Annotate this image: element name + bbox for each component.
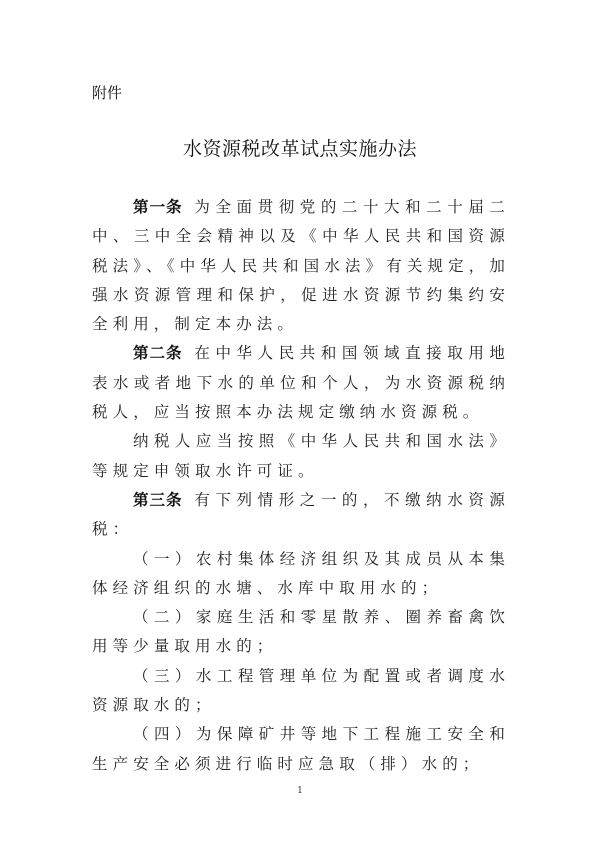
article-3-paragraph: 第三条有下列情形之一的，不缴纳水资源税： (92, 486, 510, 545)
paragraph-text: （四）为保障矿井等地下工程施工安全和生产安全必须进行临时应急取（排）水的； (92, 725, 510, 772)
attachment-label: 附件 (92, 84, 122, 102)
document-body: 第一条为全面贯彻党的二十大和二十届二中、三中全会精神以及《中华人民共和国资源税法… (92, 193, 510, 779)
article-2-paragraph: 第二条在中华人民共和国领域直接取用地表水或者地下水的单位和个人，为水资源税纳税人… (92, 339, 510, 427)
document-page: 附件 水资源税改革试点实施办法 第一条为全面贯彻党的二十大和二十届二中、三中全会… (0, 0, 600, 848)
article-heading: 第二条 (133, 344, 182, 362)
paragraph-text: 纳税人应当按照《中华人民共和国水法》等规定申领取水许可证。 (92, 432, 510, 479)
paragraph-text: （三）水工程管理单位为配置或者调度水资源取水的； (92, 667, 510, 714)
paragraph-text: （二）家庭生活和零星散养、圈养畜禽饮用等少量取用水的； (92, 608, 510, 655)
list-item: （二）家庭生活和零星散养、圈养畜禽饮用等少量取用水的； (92, 603, 510, 662)
page-number: 1 (0, 786, 600, 796)
list-item: （四）为保障矿井等地下工程施工安全和生产安全必须进行临时应急取（排）水的； (92, 720, 510, 779)
list-item: （一）农村集体经济组织及其成员从本集体经济组织的水塘、水库中取用水的； (92, 545, 510, 604)
paragraph: 纳税人应当按照《中华人民共和国水法》等规定申领取水许可证。 (92, 427, 510, 486)
article-heading: 第三条 (133, 491, 182, 509)
article-heading: 第一条 (133, 198, 182, 216)
paragraph-text: （一）农村集体经济组织及其成员从本集体经济组织的水塘、水库中取用水的； (92, 550, 510, 597)
document-title: 水资源税改革试点实施办法 (0, 137, 600, 161)
article-1-paragraph: 第一条为全面贯彻党的二十大和二十届二中、三中全会精神以及《中华人民共和国资源税法… (92, 193, 510, 339)
list-item: （三）水工程管理单位为配置或者调度水资源取水的； (92, 662, 510, 721)
paragraph-text: 为全面贯彻党的二十大和二十届二中、三中全会精神以及《中华人民共和国资源税法》、《… (92, 198, 510, 333)
